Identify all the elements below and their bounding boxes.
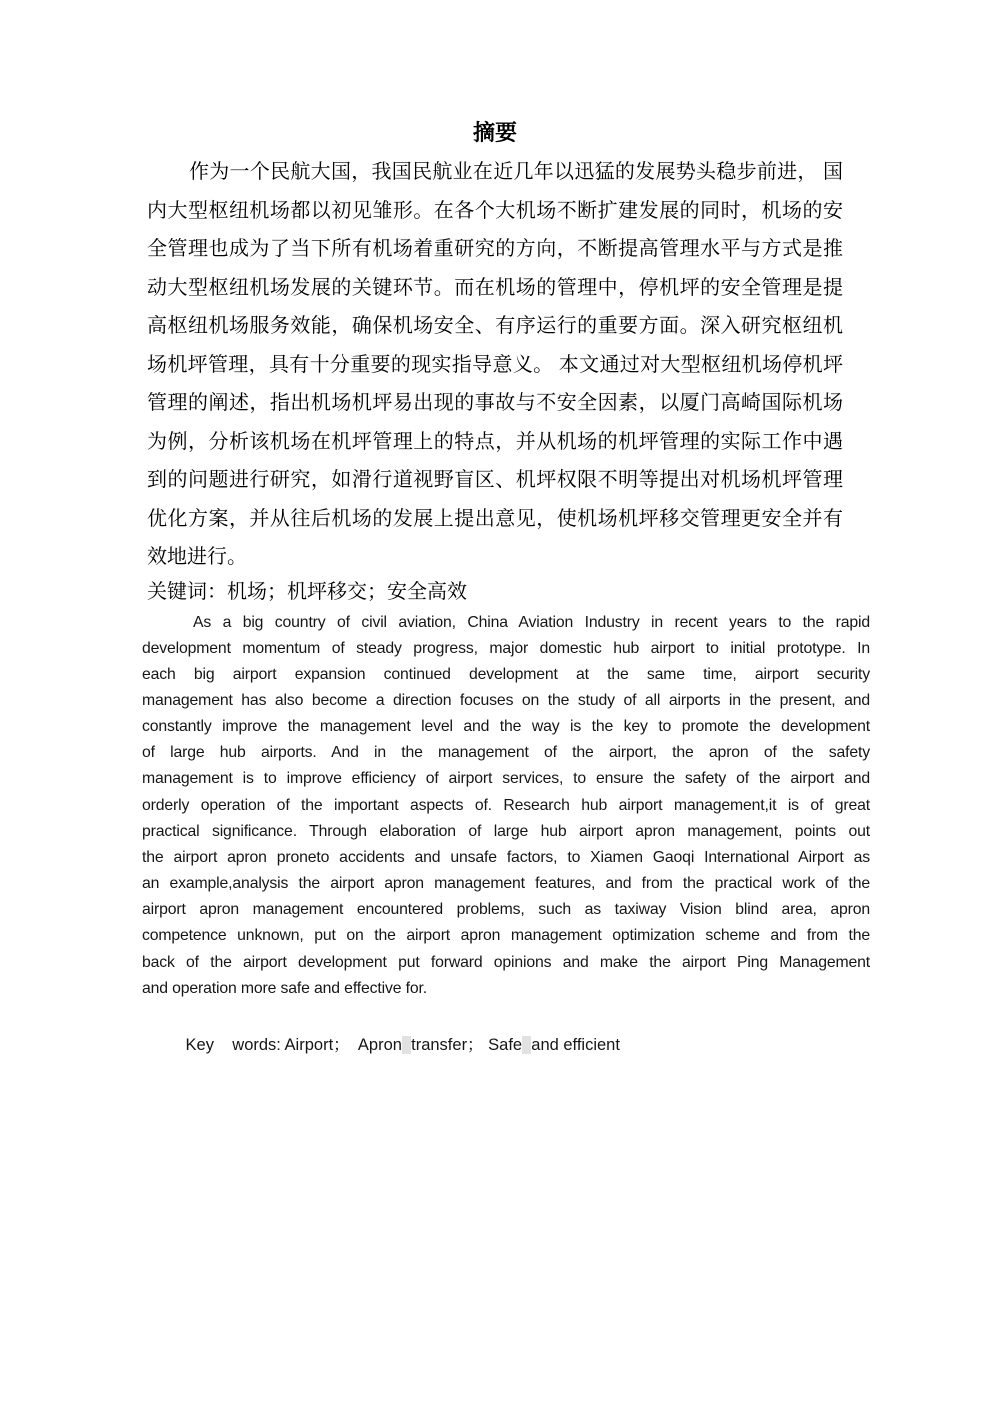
abstract-cn-line: 内大型枢纽机场都以初见雏形。在各个大机场不断扩建发展的同时，机场的安	[147, 192, 843, 231]
keywords-en-text: Safe	[484, 1036, 523, 1054]
english-abstract-paragraph: As a big country of civil aviation, Chin…	[142, 610, 870, 1002]
abstract-cn-line: 动大型枢纽机场发展的关键环节。而在机场的管理中，停机坪的安全管理是提	[147, 269, 843, 308]
abstract-en-line: As a big country of civil aviation, Chin…	[142, 610, 870, 636]
abstract-en-line: each big airport expansion continued dev…	[142, 662, 870, 688]
highlighted-space	[402, 1036, 411, 1054]
abstract-cn-line: 为例，分析该机场在机坪管理上的特点，并从机场的机坪管理的实际工作中遇	[147, 423, 843, 462]
abstract-en-line: development momentum of steady progress,…	[142, 636, 870, 662]
abstract-en-line: the airport apron proneto accidents and …	[142, 845, 870, 871]
abstract-cn-line: 全管理也成为了当下所有机场着重研究的方向，不断提高管理水平与方式是推	[147, 230, 843, 269]
abstract-en-line: competence unknown, put on the airport a…	[142, 923, 870, 949]
keywords-en-text: transfer；	[411, 1036, 483, 1054]
document-page: 摘要 作为一个民航大国，我国民航业在近几年以迅猛的发展势头稳步前进， 国 内大型…	[0, 0, 993, 1404]
chinese-abstract-paragraph: 作为一个民航大国，我国民航业在近几年以迅猛的发展势头稳步前进， 国 内大型枢纽机…	[147, 153, 843, 577]
keywords-en-text: Key words: Airport； Apron	[186, 1036, 402, 1054]
page-content: 摘要 作为一个民航大国，我国民航业在近几年以迅猛的发展势头稳步前进， 国 内大型…	[147, 118, 843, 1087]
abstract-cn-line: 场机坪管理，具有十分重要的现实指导意义。 本文通过对大型枢纽机场停机坪	[147, 346, 843, 385]
abstract-cn-line: 高枢纽机场服务效能，确保机场安全、有序运行的重要方面。深入研究枢纽机	[147, 307, 843, 346]
abstract-en-line: constantly improve the management level …	[142, 714, 870, 740]
abstract-en-line: management is to improve efficiency of a…	[142, 766, 870, 792]
abstract-en-line: an example,analysis the airport apron ma…	[142, 871, 870, 897]
abstract-cn-line: 作为一个民航大国，我国民航业在近几年以迅猛的发展势头稳步前进， 国	[147, 153, 843, 192]
keywords-en-line: Key words: Airport； Apron transfer； Safe…	[147, 1003, 843, 1087]
abstract-cn-line: 效地进行。	[147, 538, 843, 577]
abstract-en-line: orderly operation of the important aspec…	[142, 793, 870, 819]
abstract-en-line: and operation more safe and effective fo…	[142, 976, 870, 1002]
page-title: 摘要	[147, 118, 843, 148]
abstract-en-line: management has also become a direction f…	[142, 688, 870, 714]
abstract-cn-line: 到的问题进行研究，如滑行道视野盲区、机坪权限不明等提出对机场机坪管理	[147, 461, 843, 500]
abstract-cn-line: 管理的阐述，指出机场机坪易出现的事故与不安全因素，以厦门高崎国际机场	[147, 384, 843, 423]
abstract-cn-line: 优化方案，并从往后机场的发展上提出意见，使机场机坪移交管理更安全并有	[147, 500, 843, 539]
abstract-en-line: of large hub airports. And in the manage…	[142, 740, 870, 766]
highlighted-space	[522, 1036, 531, 1054]
keywords-cn-line: 关键词：机场；机坪移交；安全高效	[147, 577, 843, 608]
abstract-en-line: practical significance. Through elaborat…	[142, 819, 870, 845]
abstract-en-line: airport apron management encountered pro…	[142, 897, 870, 923]
keywords-en-text: and efficient	[531, 1036, 620, 1054]
abstract-en-line: back of the airport development put forw…	[142, 950, 870, 976]
